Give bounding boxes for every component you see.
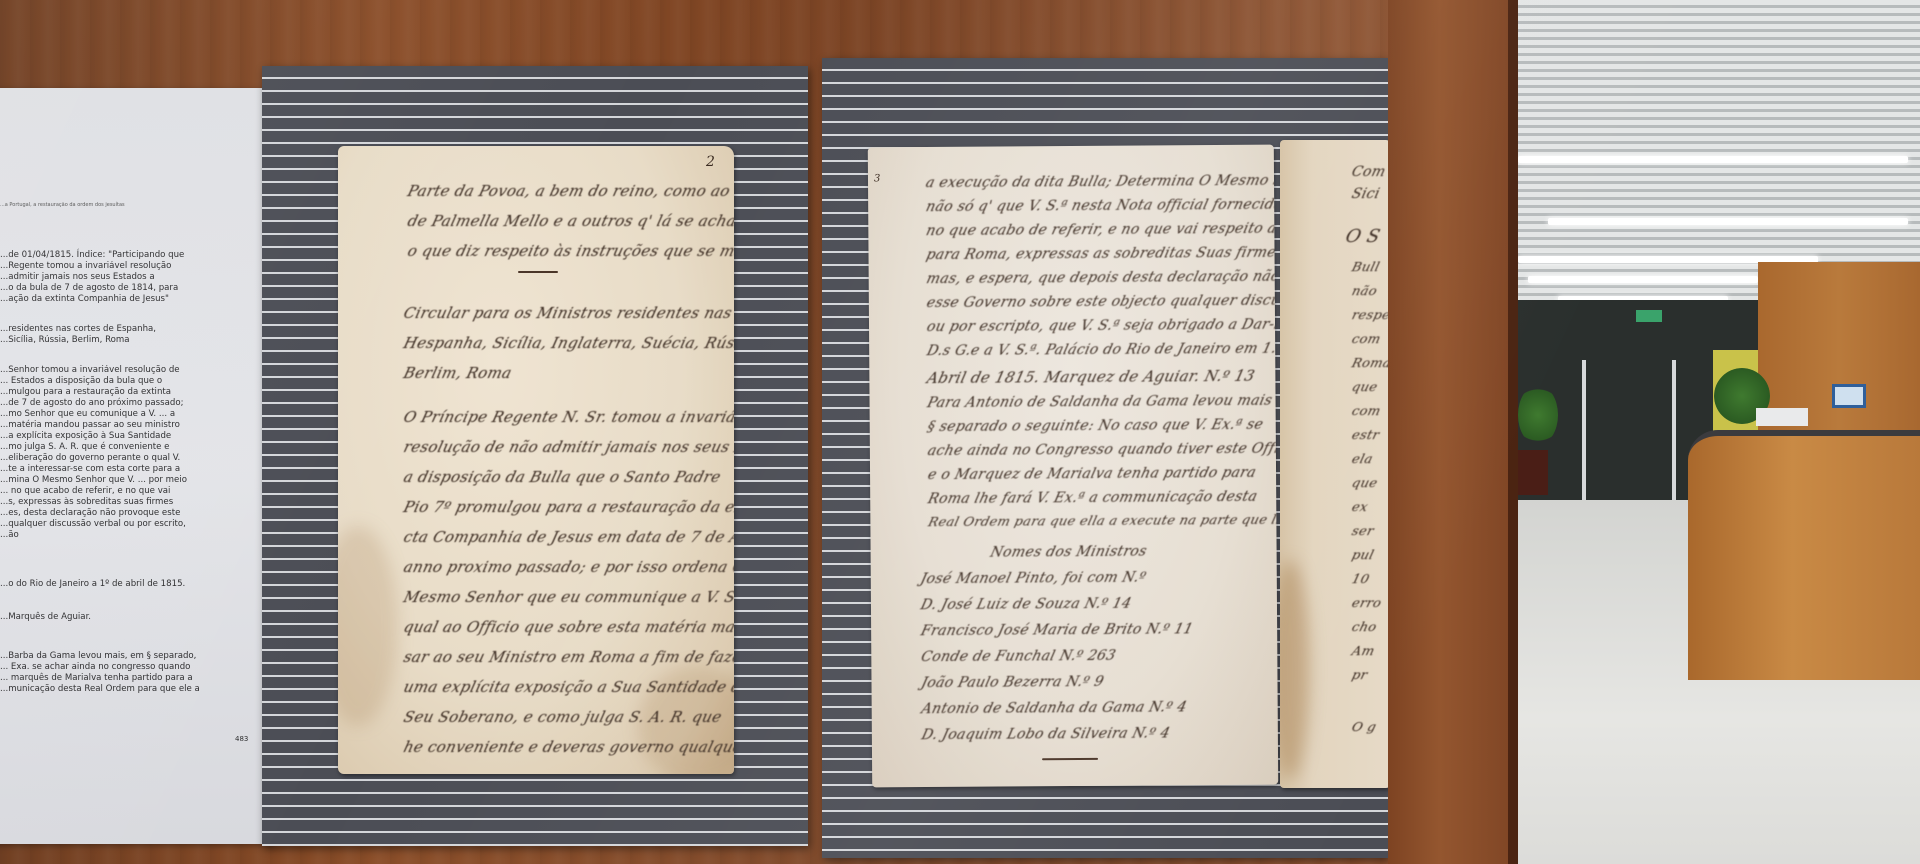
ceiling-light	[1548, 218, 1908, 225]
handwritten-fragment: Sici	[1350, 186, 1382, 202]
handwritten-line: Abril de 1815. Marquez de Aguiar. N.º 13	[925, 367, 1257, 387]
minister-entry: Francisco José Maria de Brito N.º 11	[919, 621, 1195, 639]
water-stain	[338, 526, 398, 726]
print-line: ...qualquer discussão verbal ou por escr…	[0, 519, 186, 530]
exit-sign	[1636, 310, 1662, 322]
print-line: ...admitir jamais nos seus Estados a	[0, 272, 155, 283]
minister-entry: D. José Luiz de Souza N.º 14	[919, 596, 1133, 613]
print-header: ...a Portugal, a restauração da ordem do…	[0, 200, 125, 211]
print-line: ...o da bula de 7 de agosto de 1814, par…	[0, 283, 178, 294]
print-line: ...o do Rio de Janeiro a 1º de abril de …	[0, 579, 185, 590]
print-line: ... Exa. se achar ainda no congresso qua…	[0, 662, 190, 673]
handwritten-fragment: estr	[1350, 428, 1381, 443]
armchair	[1518, 450, 1548, 495]
print-line: ...Sicília, Rússia, Berlim, Roma	[0, 335, 130, 346]
print-line: ... marquês de Marialva tenha partido pa…	[0, 673, 193, 684]
laptop	[1756, 408, 1808, 426]
folio-number: 2	[706, 154, 715, 170]
handwritten-line: Para Antonio de Saldanha da Gama levou m…	[926, 392, 1279, 411]
handwritten-line: esse Governo sobre este objecto qualquer…	[925, 292, 1278, 311]
print-line: ...mo julga S. A. R. que é conveniente e	[0, 442, 169, 453]
minister-entry: Antonio de Saldanha da Gama N.º 4	[920, 699, 1189, 717]
handwritten-line: uma explícita exposição a Sua Santidade …	[402, 678, 734, 696]
handwritten-fragment: com	[1350, 332, 1382, 347]
glass-door-frame	[1582, 360, 1586, 500]
handwritten-line: Circular para os Ministros residentes na…	[402, 304, 734, 322]
print-line: ...ação da extinta Companhia de Jesus"	[0, 294, 169, 305]
slatted-ceiling	[1518, 0, 1920, 300]
printed-transcription-sheet: ...a Portugal, a restauração da ordem do…	[0, 88, 272, 844]
ornamental-rule	[1042, 758, 1098, 760]
print-line: ...residentes nas cortes de Espanha,	[0, 324, 156, 335]
handwritten-line: o que diz respeito às instruções que se …	[406, 242, 734, 260]
handwritten-line: Mesmo Senhor que eu communique a V. S.ª …	[402, 588, 734, 606]
handwritten-fragment: respe	[1350, 308, 1390, 323]
handwritten-line: D.s G.e a V. S.ª. Palácio do Rio de Jane…	[925, 340, 1278, 359]
print-line: ...matéria mandou passar ao seu ministro	[0, 420, 180, 431]
print-line: ...s, expressas às sobreditas suas firme…	[0, 497, 173, 508]
print-line: ...Marquês de Aguiar.	[0, 612, 91, 623]
manuscript-page-edge: Com Sici O S Bull não respe com Roma que…	[1280, 140, 1390, 788]
folio-number: 3	[874, 173, 880, 184]
print-line: ...Regente tomou a invariável resolução	[0, 261, 171, 272]
handwritten-fragment: O S	[1343, 226, 1382, 247]
handwritten-line: para Roma, expressas as sobreditas Suas …	[925, 244, 1279, 263]
museum-display-scene: ...a Portugal, a restauração da ordem do…	[0, 0, 1920, 864]
handwritten-line: e o Marquez de Marialva tenha partido pa…	[926, 465, 1258, 483]
print-line: ...mo Senhor que eu comunique a V. ... a	[0, 409, 175, 420]
handwritten-line: não só q' que V. S.ª nesta Nota official…	[924, 197, 1278, 216]
handwritten-line: § separado o seguinte: No caso que V. Ex…	[926, 417, 1265, 435]
handwritten-line: Real Ordem para que ella a execute na pa…	[927, 512, 1279, 530]
ceiling-light	[1528, 276, 1758, 283]
handwritten-line: ache ainda no Congresso quando tiver est…	[926, 440, 1278, 459]
handwritten-line: qual ao Officio que sobre esta matéria m…	[402, 618, 734, 636]
page-number: 483	[235, 734, 248, 745]
print-line: ...ão	[0, 530, 19, 541]
handwritten-fragment: Roma	[1350, 356, 1390, 371]
handwritten-fragment: com	[1350, 404, 1382, 419]
handwritten-line: Berlim, Roma	[402, 364, 514, 382]
handwritten-fragment: Com	[1350, 164, 1387, 180]
handwritten-fragment: ela	[1350, 452, 1374, 467]
handwritten-fragment: que	[1350, 380, 1379, 395]
handwritten-line: ou por escripto, que V. S.ª seja obrigad…	[925, 316, 1278, 335]
lobby-background	[1518, 0, 1920, 864]
print-line: ... no que acabo de referir, e no que va…	[0, 486, 170, 497]
handwritten-line: resolução de não admitir jamais nos seus…	[402, 438, 734, 456]
water-stain	[1280, 560, 1310, 780]
computer-monitor	[1832, 384, 1866, 408]
handwritten-line: anno proximo passado; e por isso ordena …	[402, 558, 734, 576]
handwritten-fragment: ex	[1350, 500, 1369, 515]
ministers-heading: Nomes dos Ministros	[989, 543, 1149, 560]
handwritten-fragment: que	[1350, 476, 1379, 491]
manuscript-page-right: 3 a execução da dita Bulla; Determina O …	[868, 145, 1278, 788]
handwritten-fragment: Bull	[1350, 260, 1381, 275]
print-line: ...es, desta declaração não provoque est…	[0, 508, 180, 519]
handwritten-line: de Palmella Mello e a outros q' lá se ac…	[406, 212, 734, 230]
print-line: ...Senhor tomou a invariável resolução d…	[0, 365, 180, 376]
handwritten-fragment: ser	[1350, 524, 1375, 539]
handwritten-line: Parte da Povoa, a bem do reino, como ao …	[406, 182, 734, 200]
minister-entry: D. Joaquim Lobo da Silveira N.º 4	[920, 725, 1172, 743]
print-line: ...municação desta Real Ordem para que e…	[0, 684, 200, 695]
print-line: ...mina O Mesmo Senhor que V. ... por me…	[0, 475, 187, 486]
handwritten-line: O Príncipe Regente N. Sr. tomou a invari…	[402, 408, 734, 426]
ceiling-light	[1518, 156, 1908, 163]
print-line: ...mulgou para a restauração da extinta	[0, 387, 171, 398]
handwritten-line: sar ao seu Ministro em Roma a fim de faz…	[402, 648, 734, 666]
handwritten-line: Seu Soberano, e como julga S. A. R. que	[402, 708, 724, 726]
handwritten-fragment: cho	[1350, 620, 1378, 635]
display-case-edge	[1508, 0, 1518, 864]
handwritten-line: he conveniente e deveras governo qualque…	[402, 738, 734, 756]
potted-plant	[1518, 385, 1558, 445]
handwritten-line: a disposição da Bulla que o Santo Padre	[402, 468, 723, 486]
handwritten-fragment: 10	[1350, 572, 1371, 587]
glass-door-frame	[1672, 360, 1676, 500]
ornamental-rule	[518, 271, 558, 273]
manuscript-page-left: 2 Parte da Povoa, a bem do reino, como a…	[338, 146, 734, 774]
print-line: ...a explícita exposição à Sua Santidade	[0, 431, 171, 442]
handwritten-line: Hespanha, Sicília, Inglaterra, Suécia, R…	[402, 334, 734, 352]
handwritten-line: no que acabo de referir, e no que vai re…	[924, 220, 1278, 239]
handwritten-line: Roma lhe fará V. Ex.ª a communicação des…	[926, 489, 1259, 507]
minister-entry: José Manoel Pinto, foi com N.º	[919, 569, 1148, 587]
handwritten-line: mas, e espera, que depois desta declaraç…	[925, 268, 1278, 287]
handwritten-fragment: não	[1350, 284, 1379, 299]
handwritten-line: a execução da dita Bulla; Determina O Me…	[924, 172, 1278, 191]
handwritten-line: cta Companhia de Jesus em data de 7 de A…	[402, 528, 734, 546]
print-line: ...de 01/04/1815. Índice: "Participando …	[0, 250, 184, 261]
reception-counter	[1688, 430, 1920, 680]
handwritten-fragment: Am	[1350, 644, 1376, 659]
display-case-wood-post	[1388, 0, 1516, 864]
minister-entry: João Paulo Bezerra N.º 9	[920, 674, 1106, 691]
handwritten-fragment: O g	[1350, 720, 1378, 735]
print-line: ... Estados a disposição da bula que o	[0, 376, 162, 387]
minister-entry: Conde de Funchal N.º 263	[919, 648, 1117, 665]
handwritten-fragment: pr	[1350, 668, 1369, 683]
print-line: ...Barba da Gama levou mais, em § separa…	[0, 651, 196, 662]
print-line: ...de 7 de agosto do ano próximo passado…	[0, 398, 183, 409]
print-line: ...te a interessar-se com esta corte par…	[0, 464, 180, 475]
print-line: ...eliberação do governo perante o qual …	[0, 453, 180, 464]
handwritten-fragment: pul	[1350, 548, 1376, 563]
handwritten-fragment: erro	[1350, 596, 1383, 611]
handwritten-line: Pio 7º promulgou para a restauração da e…	[402, 498, 734, 516]
